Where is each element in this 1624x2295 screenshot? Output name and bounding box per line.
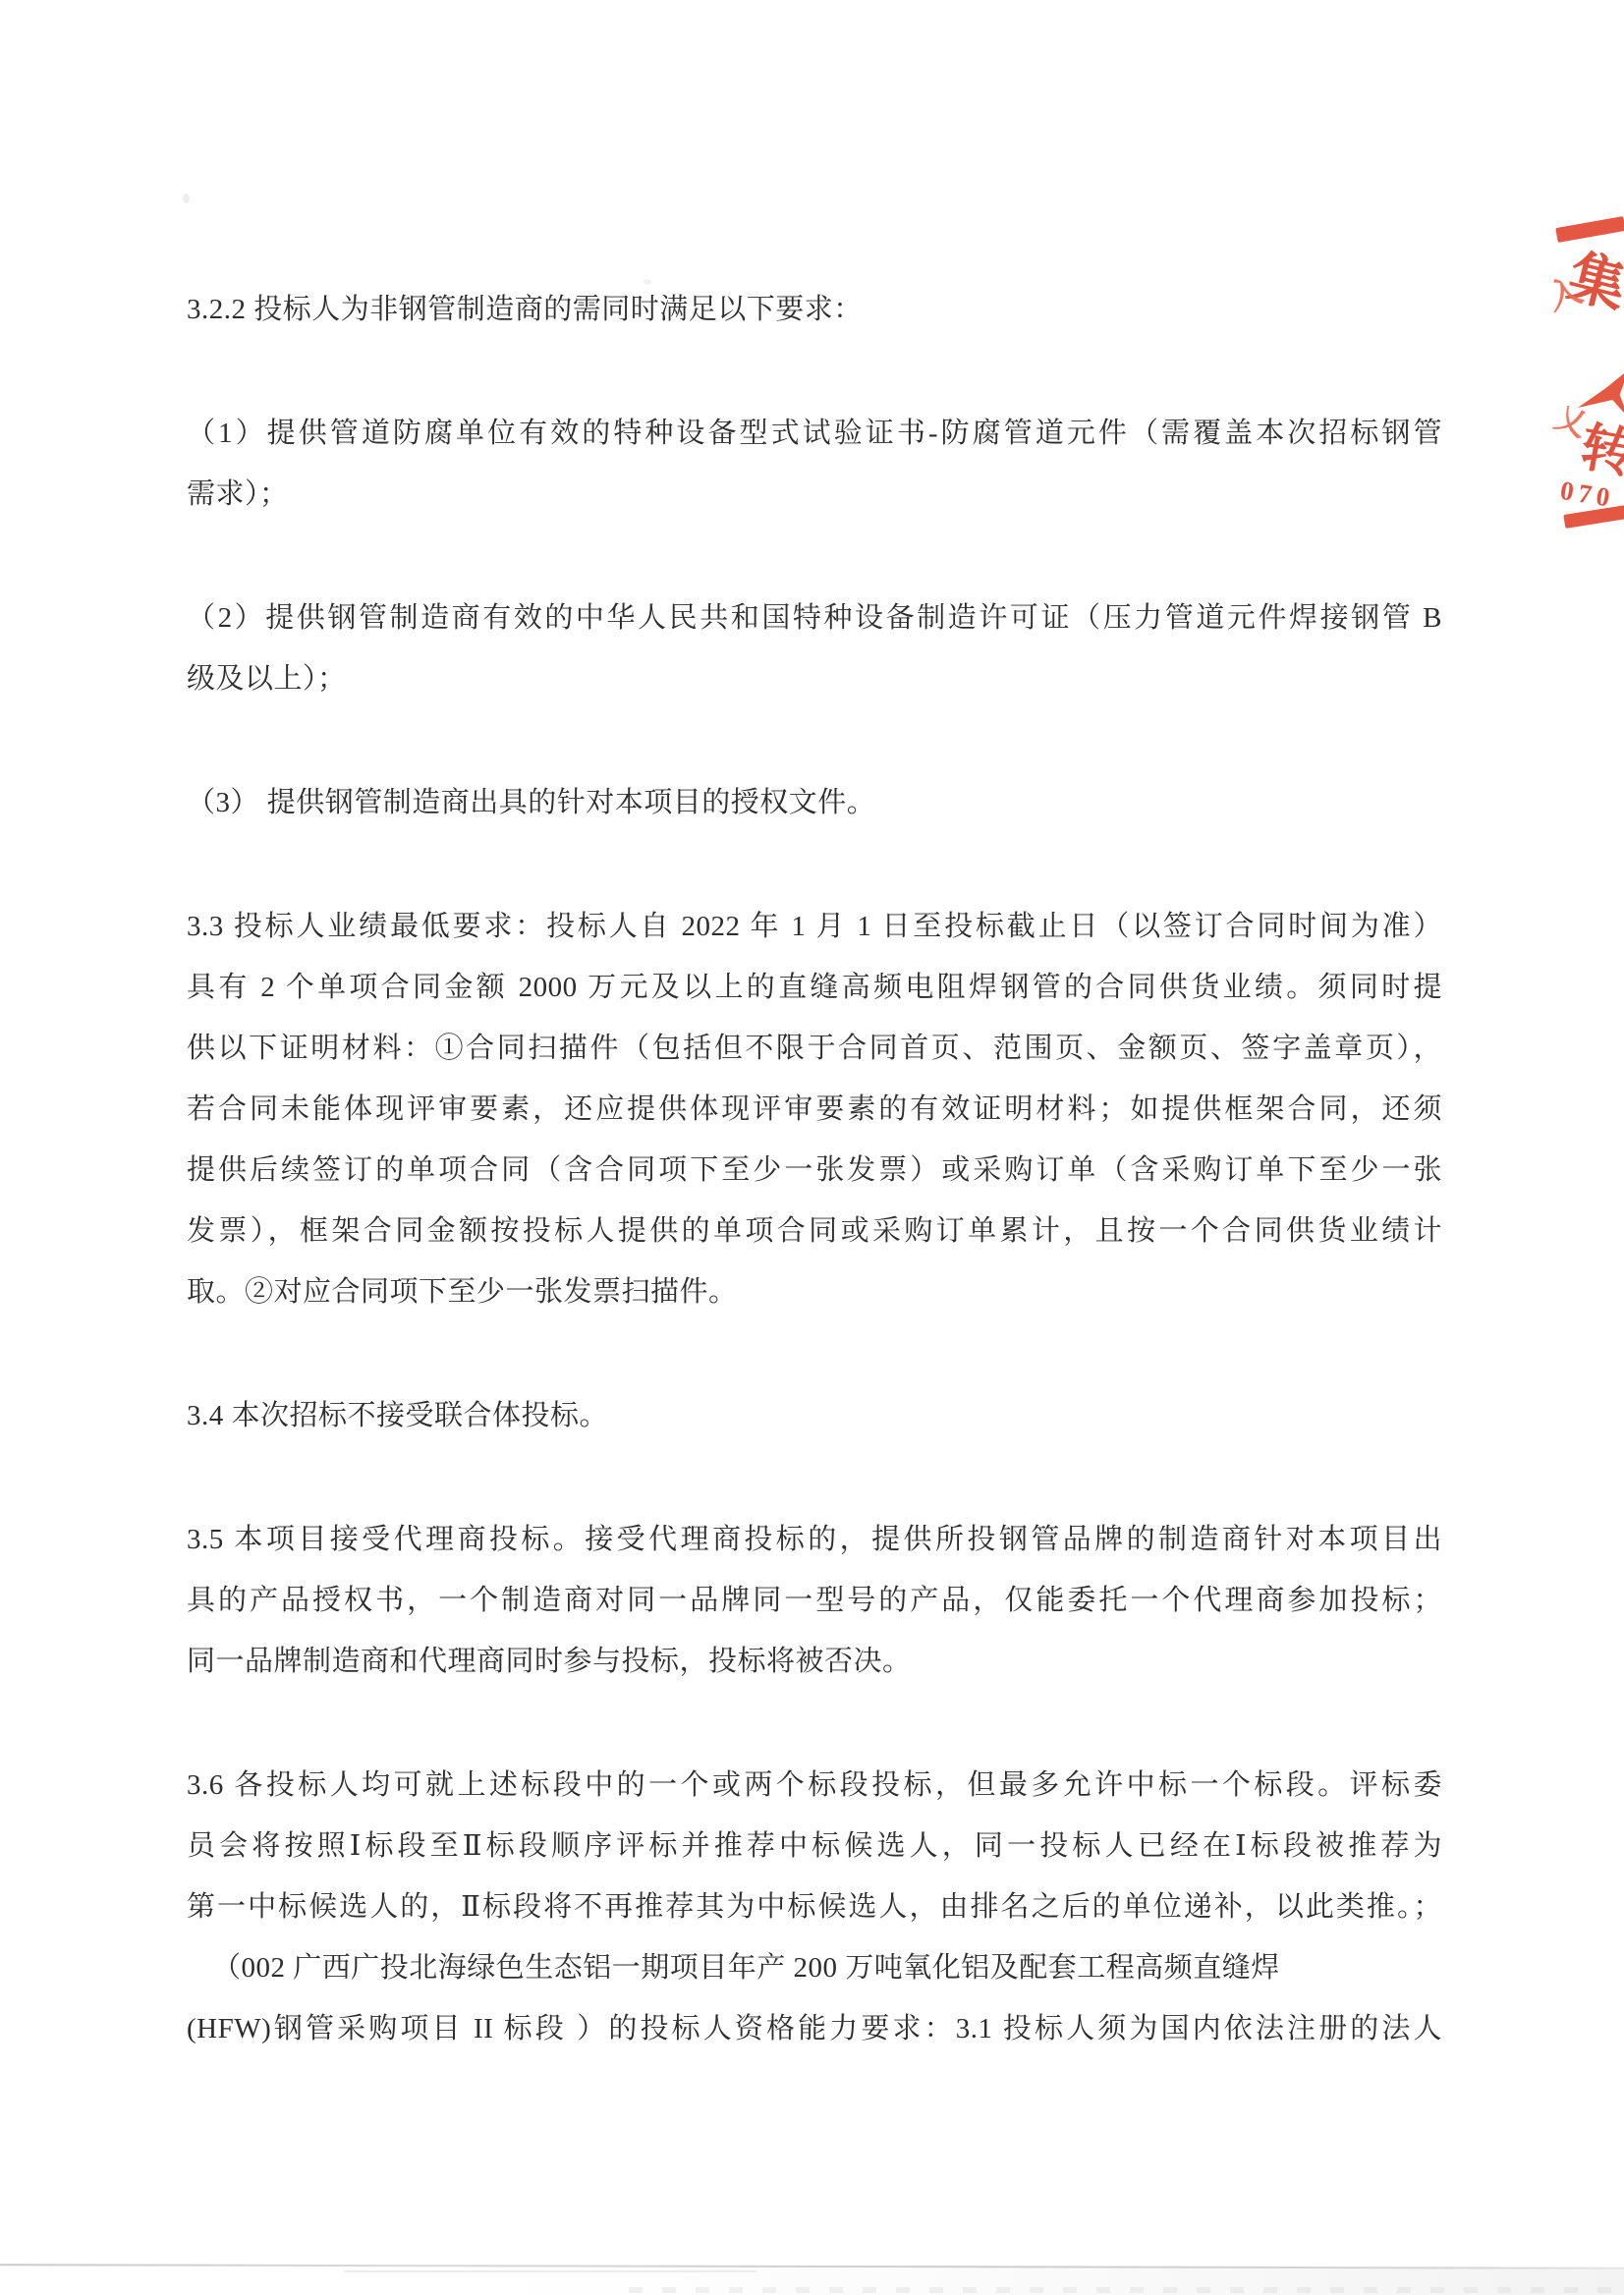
text-line: 员会将按照Ⅰ标段至Ⅱ标段顺序评标并推荐中标候选人，同一投标人已经在Ⅰ标段被推荐为: [187, 1816, 1442, 1876]
text-line: （002 广西广投北海绿色生态铝一期项目年产 200 万吨氧化铝及配套工程高频直…: [187, 1937, 1442, 1998]
stamp-character: 乂: [1549, 393, 1596, 447]
text-line: 级及以上）；: [187, 648, 1442, 709]
stamp-bar: [1563, 505, 1624, 529]
paragraph: 3.4 本次招标不接受联合体投标。: [187, 1385, 1442, 1446]
stamp-character: 集: [1561, 230, 1624, 324]
stamp-character: 转: [1576, 405, 1624, 488]
scan-speck: [644, 279, 651, 285]
text-line: （2）提供钢管制造商有效的中华人民共和国特种设备制造许可证（压力管道元件焊接钢管…: [187, 588, 1442, 648]
text-line: 供以下证明材料：①合同扫描件（包括但不限于合同首页、范围页、金额页、签字盖章页）…: [187, 1018, 1442, 1079]
paragraph: 3.2.2 投标人为非钢管制造商的需同时满足以下要求：: [187, 279, 1442, 340]
text-line: 若合同未能体现评审要素，还应提供体现评审要素的有效证明材料；如提供框架合同，还须: [187, 1079, 1442, 1140]
text-line: 3.3 投标人业绩最低要求：投标人自 2022 年 1 月 1 日至投标截止日（…: [187, 896, 1442, 957]
stamp-bar: [1555, 216, 1624, 243]
text-line: 3.2.2 投标人为非钢管制造商的需同时满足以下要求：: [187, 279, 1442, 340]
text-line: 具的产品授权书，一个制造商对同一品牌同一型号的产品，仅能委托一个代理商参加投标；: [187, 1570, 1442, 1631]
text-block: 3.2.2 投标人为非钢管制造商的需同时满足以下要求：（1）提供管道防腐单位有效…: [187, 279, 1442, 2059]
paragraph: （1）提供管道防腐单位有效的特种设备型式试验证书-防腐管道元件（需覆盖本次招标钢…: [187, 403, 1442, 525]
text-line: 3.4 本次招标不接受联合体投标。: [187, 1385, 1442, 1446]
scan-edge-line: [344, 2270, 756, 2272]
text-line: 发票），框架合同金额按投标人提供的单项合同或采购订单累计，且按一个合同供货业绩计: [187, 1201, 1442, 1261]
paragraph: 3.3 投标人业绩最低要求：投标人自 2022 年 1 月 1 日至投标截止日（…: [187, 896, 1442, 1322]
text-line: 3.5 本项目接受代理商投标。接受代理商投标的，提供所投钢管品牌的制造商针对本项…: [187, 1509, 1442, 1570]
text-line: 第一中标候选人的，Ⅱ标段将不再推荐其为中标候选人，由排名之后的单位递补，以此类推…: [187, 1876, 1442, 1937]
text-line: 具有 2 个单项合同金额 2000 万元及以上的直缝高频电阻焊钢管的合同供货业绩…: [187, 957, 1442, 1018]
paragraph: 3.6 各投标人均可就上述标段中的一个或两个标段投标，但最多允许中标一个标段。评…: [187, 1755, 1442, 2059]
star-icon: [1578, 369, 1624, 419]
text-line: 3.6 各投标人均可就上述标段中的一个或两个标段投标，但最多允许中标一个标段。评…: [187, 1755, 1442, 1816]
text-line: 提供后续签订的单项合同（含合同项下至少一张发票）或采购订单（含采购订单下至少一张: [187, 1140, 1442, 1201]
text-line: 需求）；: [187, 464, 1442, 525]
paragraph: 3.5 本项目接受代理商投标。接受代理商投标的，提供所投钢管品牌的制造商针对本项…: [187, 1509, 1442, 1692]
scan-speck: [183, 194, 190, 203]
paragraph: （2）提供钢管制造商有效的中华人民共和国特种设备制造许可证（压力管道元件焊接钢管…: [187, 588, 1442, 709]
text-line: 取。②对应合同项下至少一张发票扫描件。: [187, 1261, 1442, 1322]
text-line: 同一品牌制造商和代理商同时参与投标，投标将被否决。: [187, 1631, 1442, 1692]
text-line: （3） 提供钢管制造商出具的针对本项目的授权文件。: [187, 772, 1442, 833]
stamp-character: 070: [1558, 476, 1617, 514]
text-line: （1）提供管道防腐单位有效的特种设备型式试验证书-防腐管道元件（需覆盖本次招标钢…: [187, 403, 1442, 464]
scan-edge-specks: [629, 2287, 1624, 2293]
paragraph: （3） 提供钢管制造商出具的针对本项目的授权文件。: [187, 772, 1442, 833]
text-line: (HFW)钢管采购项目 II 标段 ）的投标人资格能力要求：3.1 投标人须为国…: [187, 1998, 1442, 2059]
stamp-character: 入: [1540, 263, 1587, 319]
document-page: 3.2.2 投标人为非钢管制造商的需同时满足以下要求：（1）提供管道防腐单位有效…: [0, 0, 1624, 2295]
